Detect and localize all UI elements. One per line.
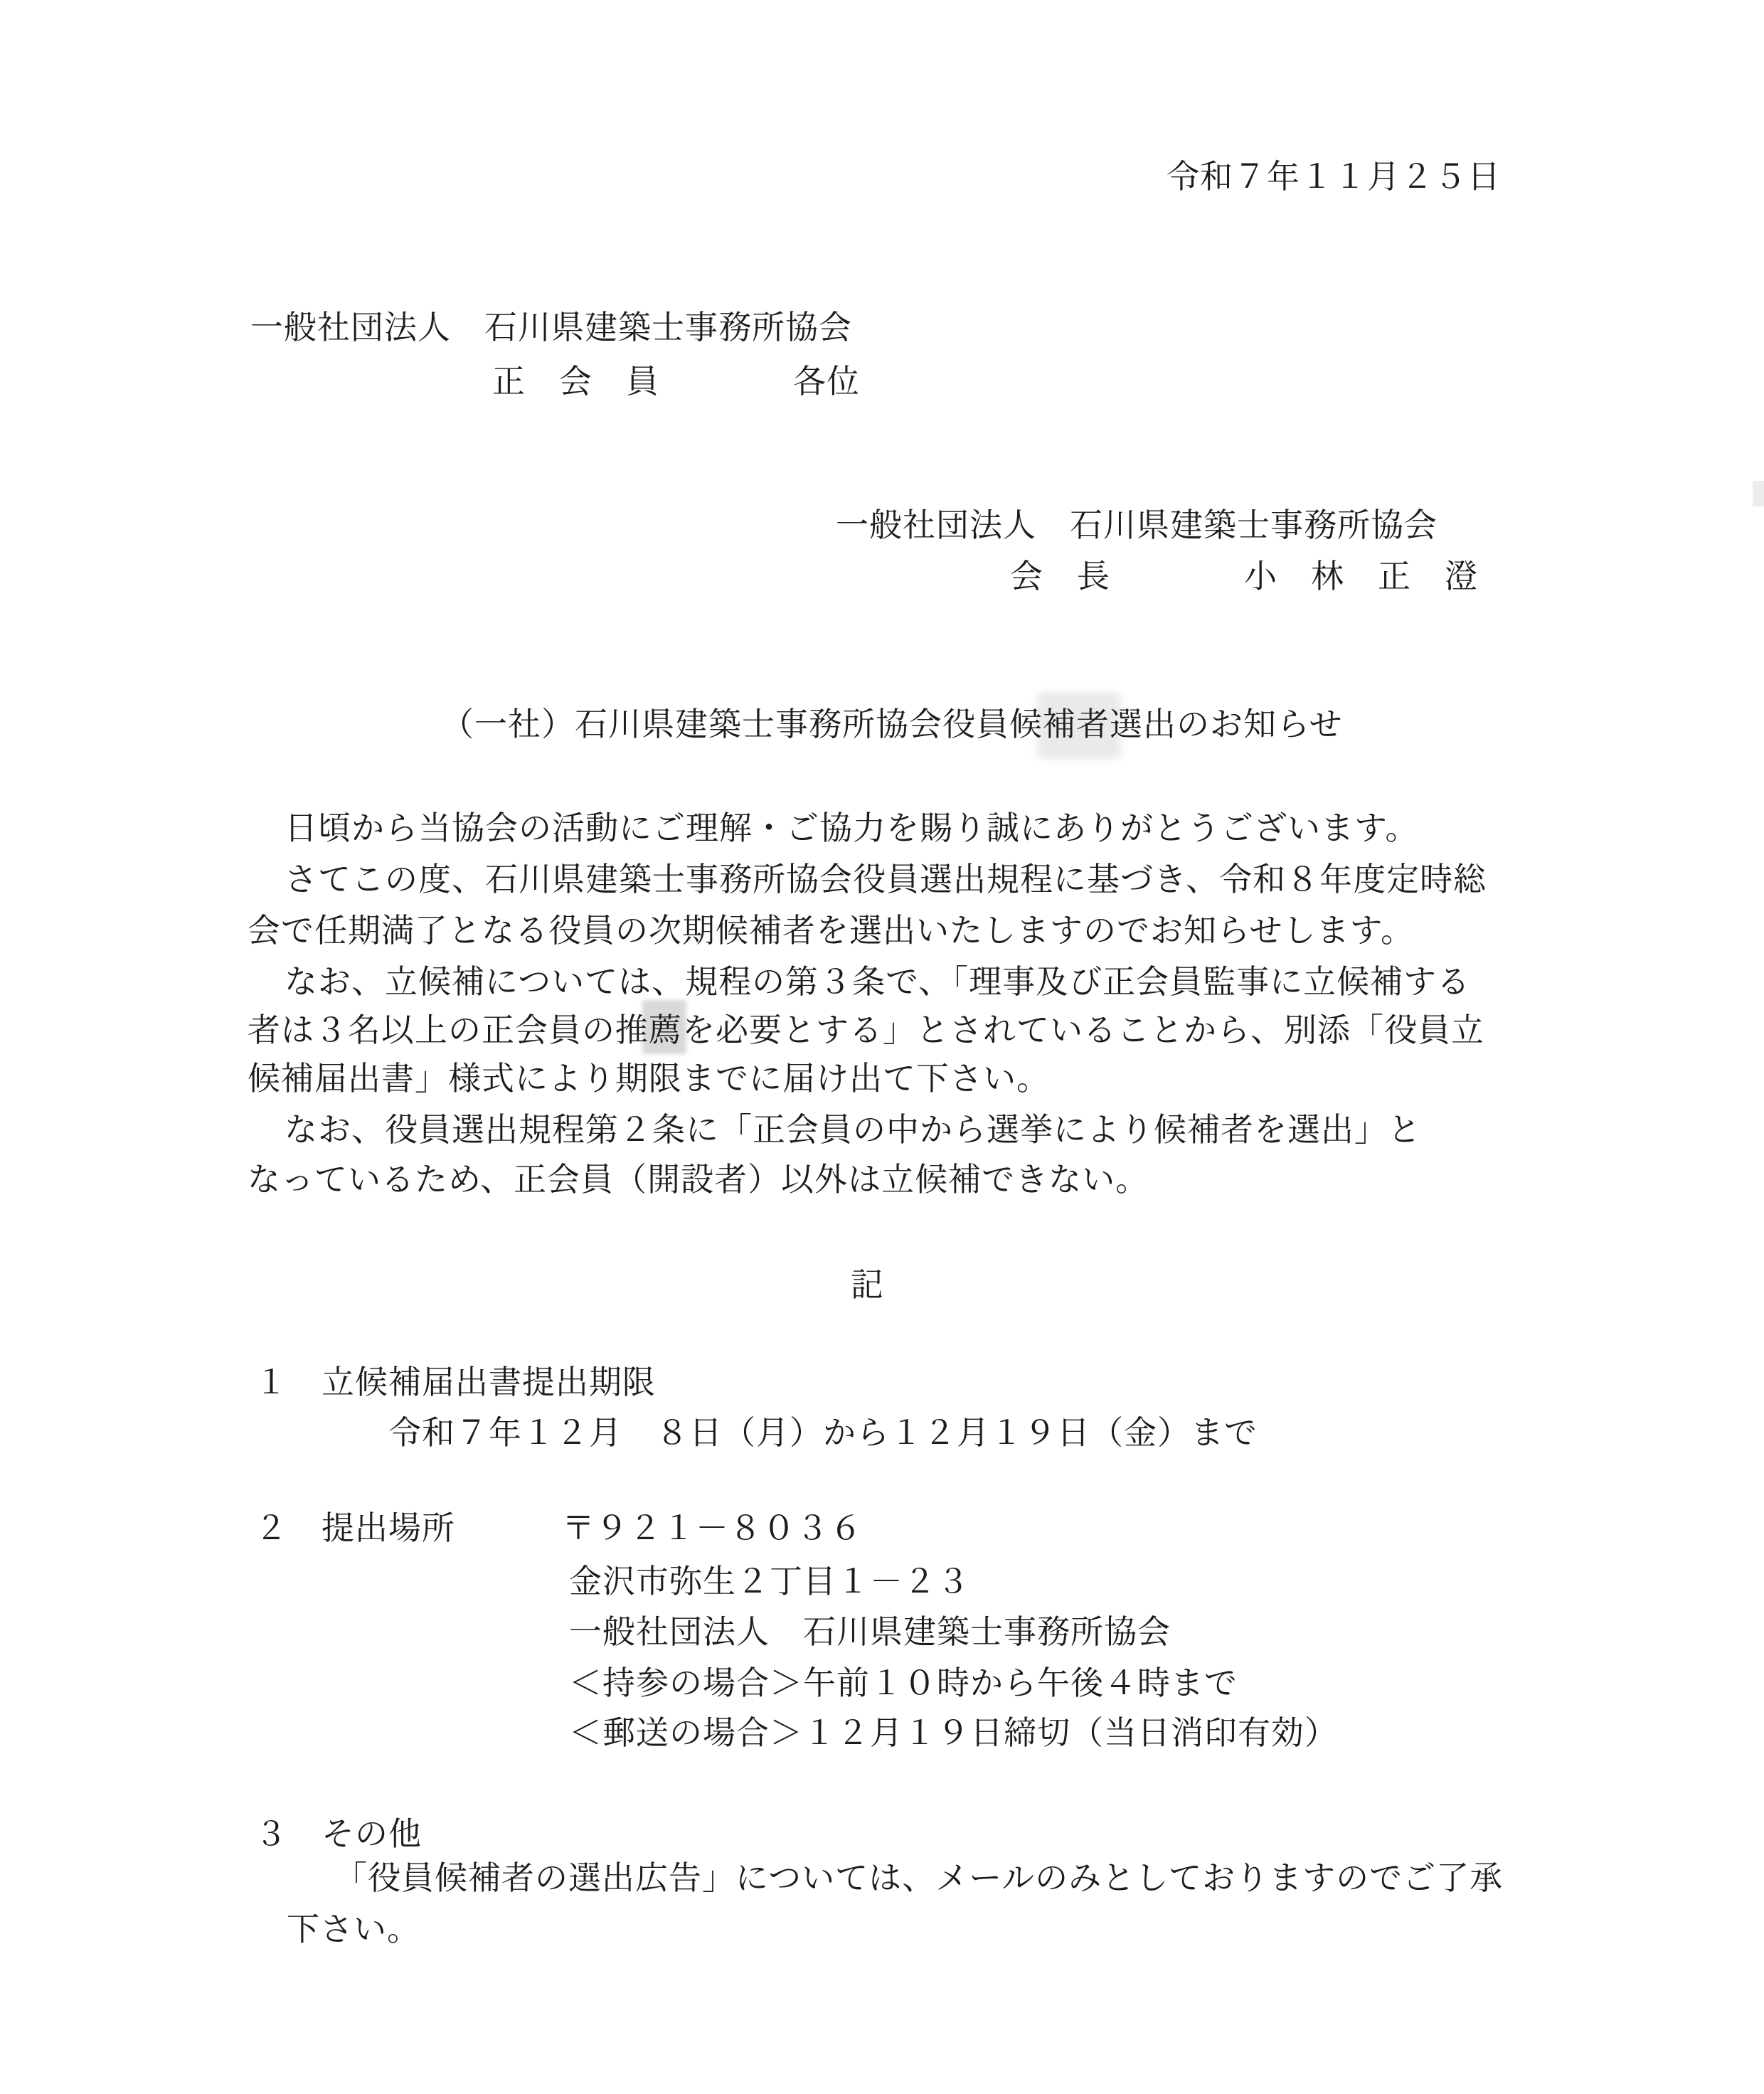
item-3-line: 下さい。: [287, 1909, 420, 1950]
item-3-header: ３その他: [255, 1814, 422, 1855]
body-line: 候補届出書」様式により期限までに届け出て下さい。: [248, 1058, 1050, 1100]
body-line: 日頃から当協会の活動にご理解・ご協力を賜り誠にありがとうございます。: [285, 808, 1418, 849]
item-number: １: [255, 1364, 288, 1401]
item-3-line: 「役員候補者の選出広告」については、メールのみとしておりますのでご了承: [334, 1858, 1503, 1899]
body-line: さてこの度、石川県建築士事務所協会役員選出規程に基づき、令和８年度定時総: [285, 859, 1487, 900]
item-2-line: 金沢市弥生２丁目１－２３: [569, 1561, 970, 1603]
scan-artifact-right-edge: [1753, 481, 1764, 506]
item-1-header: １立候補届出書提出期限: [255, 1362, 656, 1403]
item-label: 立候補届出書提出期限: [322, 1364, 656, 1401]
item-label: その他: [322, 1816, 422, 1852]
item-1-line: 令和７年１２月 ８日（月）から１２月１９日（金）まで: [388, 1413, 1258, 1454]
date: 令和７年１１月２５日: [1167, 156, 1501, 198]
sender-org: 一般社団法人 石川県建築士事務所協会: [836, 505, 1438, 546]
item-2-line: ＜郵送の場合＞１２月１９日締切（当日消印有効）: [569, 1713, 1338, 1754]
item-label: 提出場所: [322, 1510, 455, 1546]
item-number: ３: [255, 1816, 288, 1852]
item-2-line: 〒９２１－８０３６: [562, 1508, 863, 1549]
sender-president: 会 長 小 林 正 澄: [1010, 556, 1478, 597]
body-line: 会で任期満了となる役員の次期候補者を選出いたしますのでお知らせします。: [248, 910, 1414, 952]
item-2-line: 一般社団法人 石川県建築士事務所協会: [569, 1612, 1171, 1653]
body-line: なお、立候補については、規程の第３条で、「理事及び正会員監事に立候補する: [285, 962, 1470, 1003]
item-2-header: ２提出場所: [255, 1508, 455, 1549]
document-page: 令和７年１１月２５日 一般社団法人 石川県建築士事務所協会 正 会 員 各位 一…: [0, 0, 1764, 2094]
body-line: なっているため、正会員（開設者）以外は立候補できない。: [248, 1159, 1149, 1201]
recipient-org: 一般社団法人 石川県建築士事務所協会: [250, 307, 852, 349]
recipient-addressee: 正 会 員 各位: [492, 361, 860, 403]
document-title: （一社）石川県建築士事務所協会役員候補者選出のお知らせ: [441, 704, 1343, 745]
item-2-line: ＜持参の場合＞午前１０時から午後４時まで: [569, 1663, 1238, 1704]
ki-marker: 記: [851, 1265, 884, 1306]
body-line: 者は３名以上の正会員の推薦を必要とする」とされていることから、別添「役員立: [248, 1010, 1484, 1051]
item-number: ２: [255, 1510, 288, 1546]
body-line: なお、役員選出規程第２条に「正会員の中から選挙により候補者を選出」と: [285, 1110, 1421, 1151]
